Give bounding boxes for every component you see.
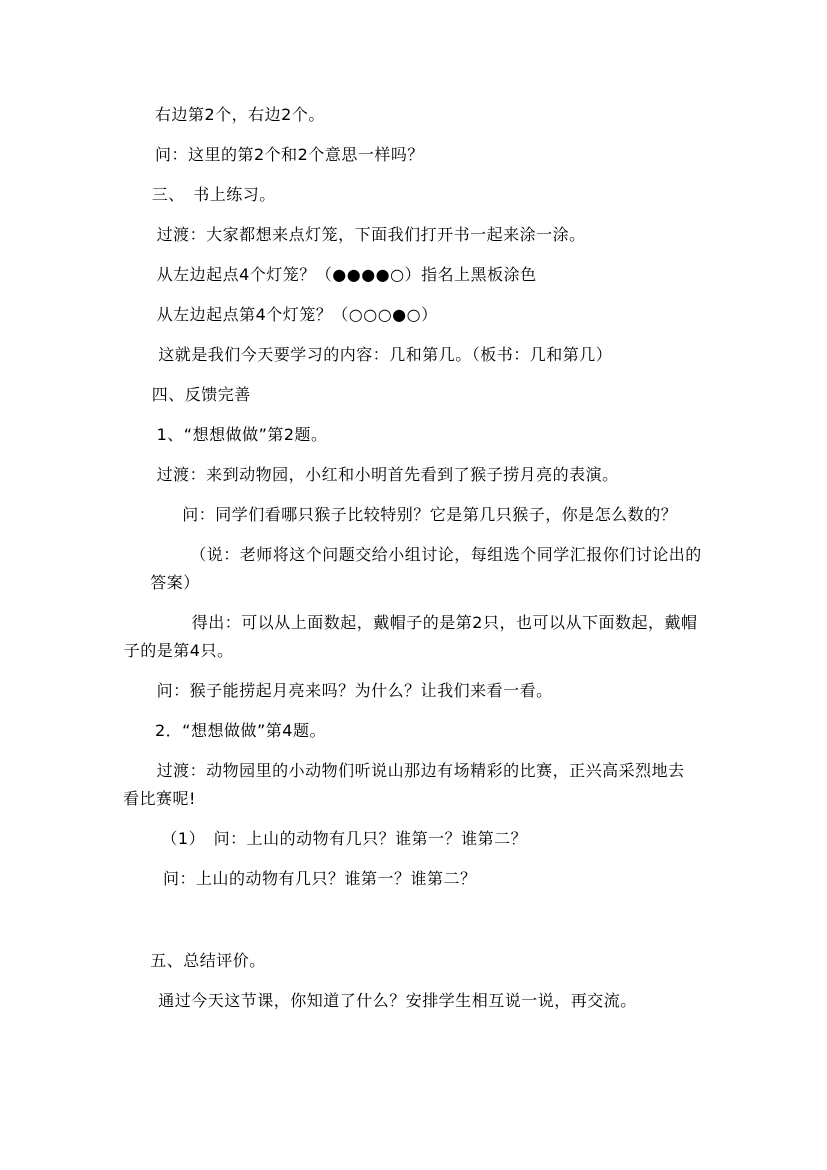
paragraph-continuation-line: 看比赛呢! — [123, 788, 787, 809]
paragraph-line: 过渡：大家都想来点灯笼，下面我们打开书一起来涂一涂。 — [123, 224, 787, 245]
paragraph-line: 问：这里的第2个和2个意思一样吗？ — [123, 144, 787, 165]
section-heading: 三、 书上练习。 — [123, 184, 787, 205]
document-page: 右边第2个，右边2个。问：这里的第2个和2个意思一样吗？三、 书上练习。过渡：大… — [0, 0, 827, 1170]
paragraph-line: 从左边起点4个灯笼？（●●●●○）指名上黑板涂色 — [123, 264, 787, 285]
section-heading: 五、总结评价。 — [123, 950, 787, 971]
paragraph-line: 过渡：动物园里的小动物们听说山那边有场精彩的比赛，正兴高采烈地去 — [123, 760, 787, 781]
paragraph-line: 通过今天这节课，你知道了什么？安排学生相互说一说，再交流。 — [123, 990, 787, 1011]
paragraph-line: 这就是我们今天要学习的内容：几和第几。（板书：几和第几） — [123, 344, 787, 365]
paragraph-line: 右边第2个，右边2个。 — [123, 104, 787, 125]
section-heading: 四、反馈完善 — [123, 384, 787, 405]
paragraph-line: 得出：可以从上面数起，戴帽子的是第2只，也可以从下面数起，戴帽 — [123, 612, 787, 633]
paragraph-line: 从左边起点第4个灯笼？（○○○●○） — [123, 304, 787, 325]
paragraph-line: 问：同学们看哪只猴子比较特别？它是第几只猴子，你是怎么数的？ — [123, 504, 787, 525]
document-body: 右边第2个，右边2个。问：这里的第2个和2个意思一样吗？三、 书上练习。过渡：大… — [0, 0, 827, 1170]
paragraph-line: （说：老师将这个问题交给小组讨论，每组选个同学汇报你们讨论出的 — [123, 544, 787, 565]
paragraph-line: 过渡：来到动物园，小红和小明首先看到了猴子捞月亮的表演。 — [123, 464, 787, 485]
numbered-item-line: 2．“想想做做”第4题。 — [123, 720, 787, 741]
numbered-item-line: （1） 问：上山的动物有几只？谁第一？谁第二？ — [123, 828, 787, 849]
paragraph-continuation-line: 答案） — [123, 572, 787, 593]
paragraph-line: 问：猴子能捞起月亮来吗？为什么？让我们来看一看。 — [123, 680, 787, 701]
paragraph-line: 问：上山的动物有几只？谁第一？谁第二？ — [123, 868, 787, 889]
numbered-item-line: 1、“想想做做”第2题。 — [123, 424, 787, 445]
paragraph-continuation-line: 子的是第4只。 — [123, 640, 787, 661]
